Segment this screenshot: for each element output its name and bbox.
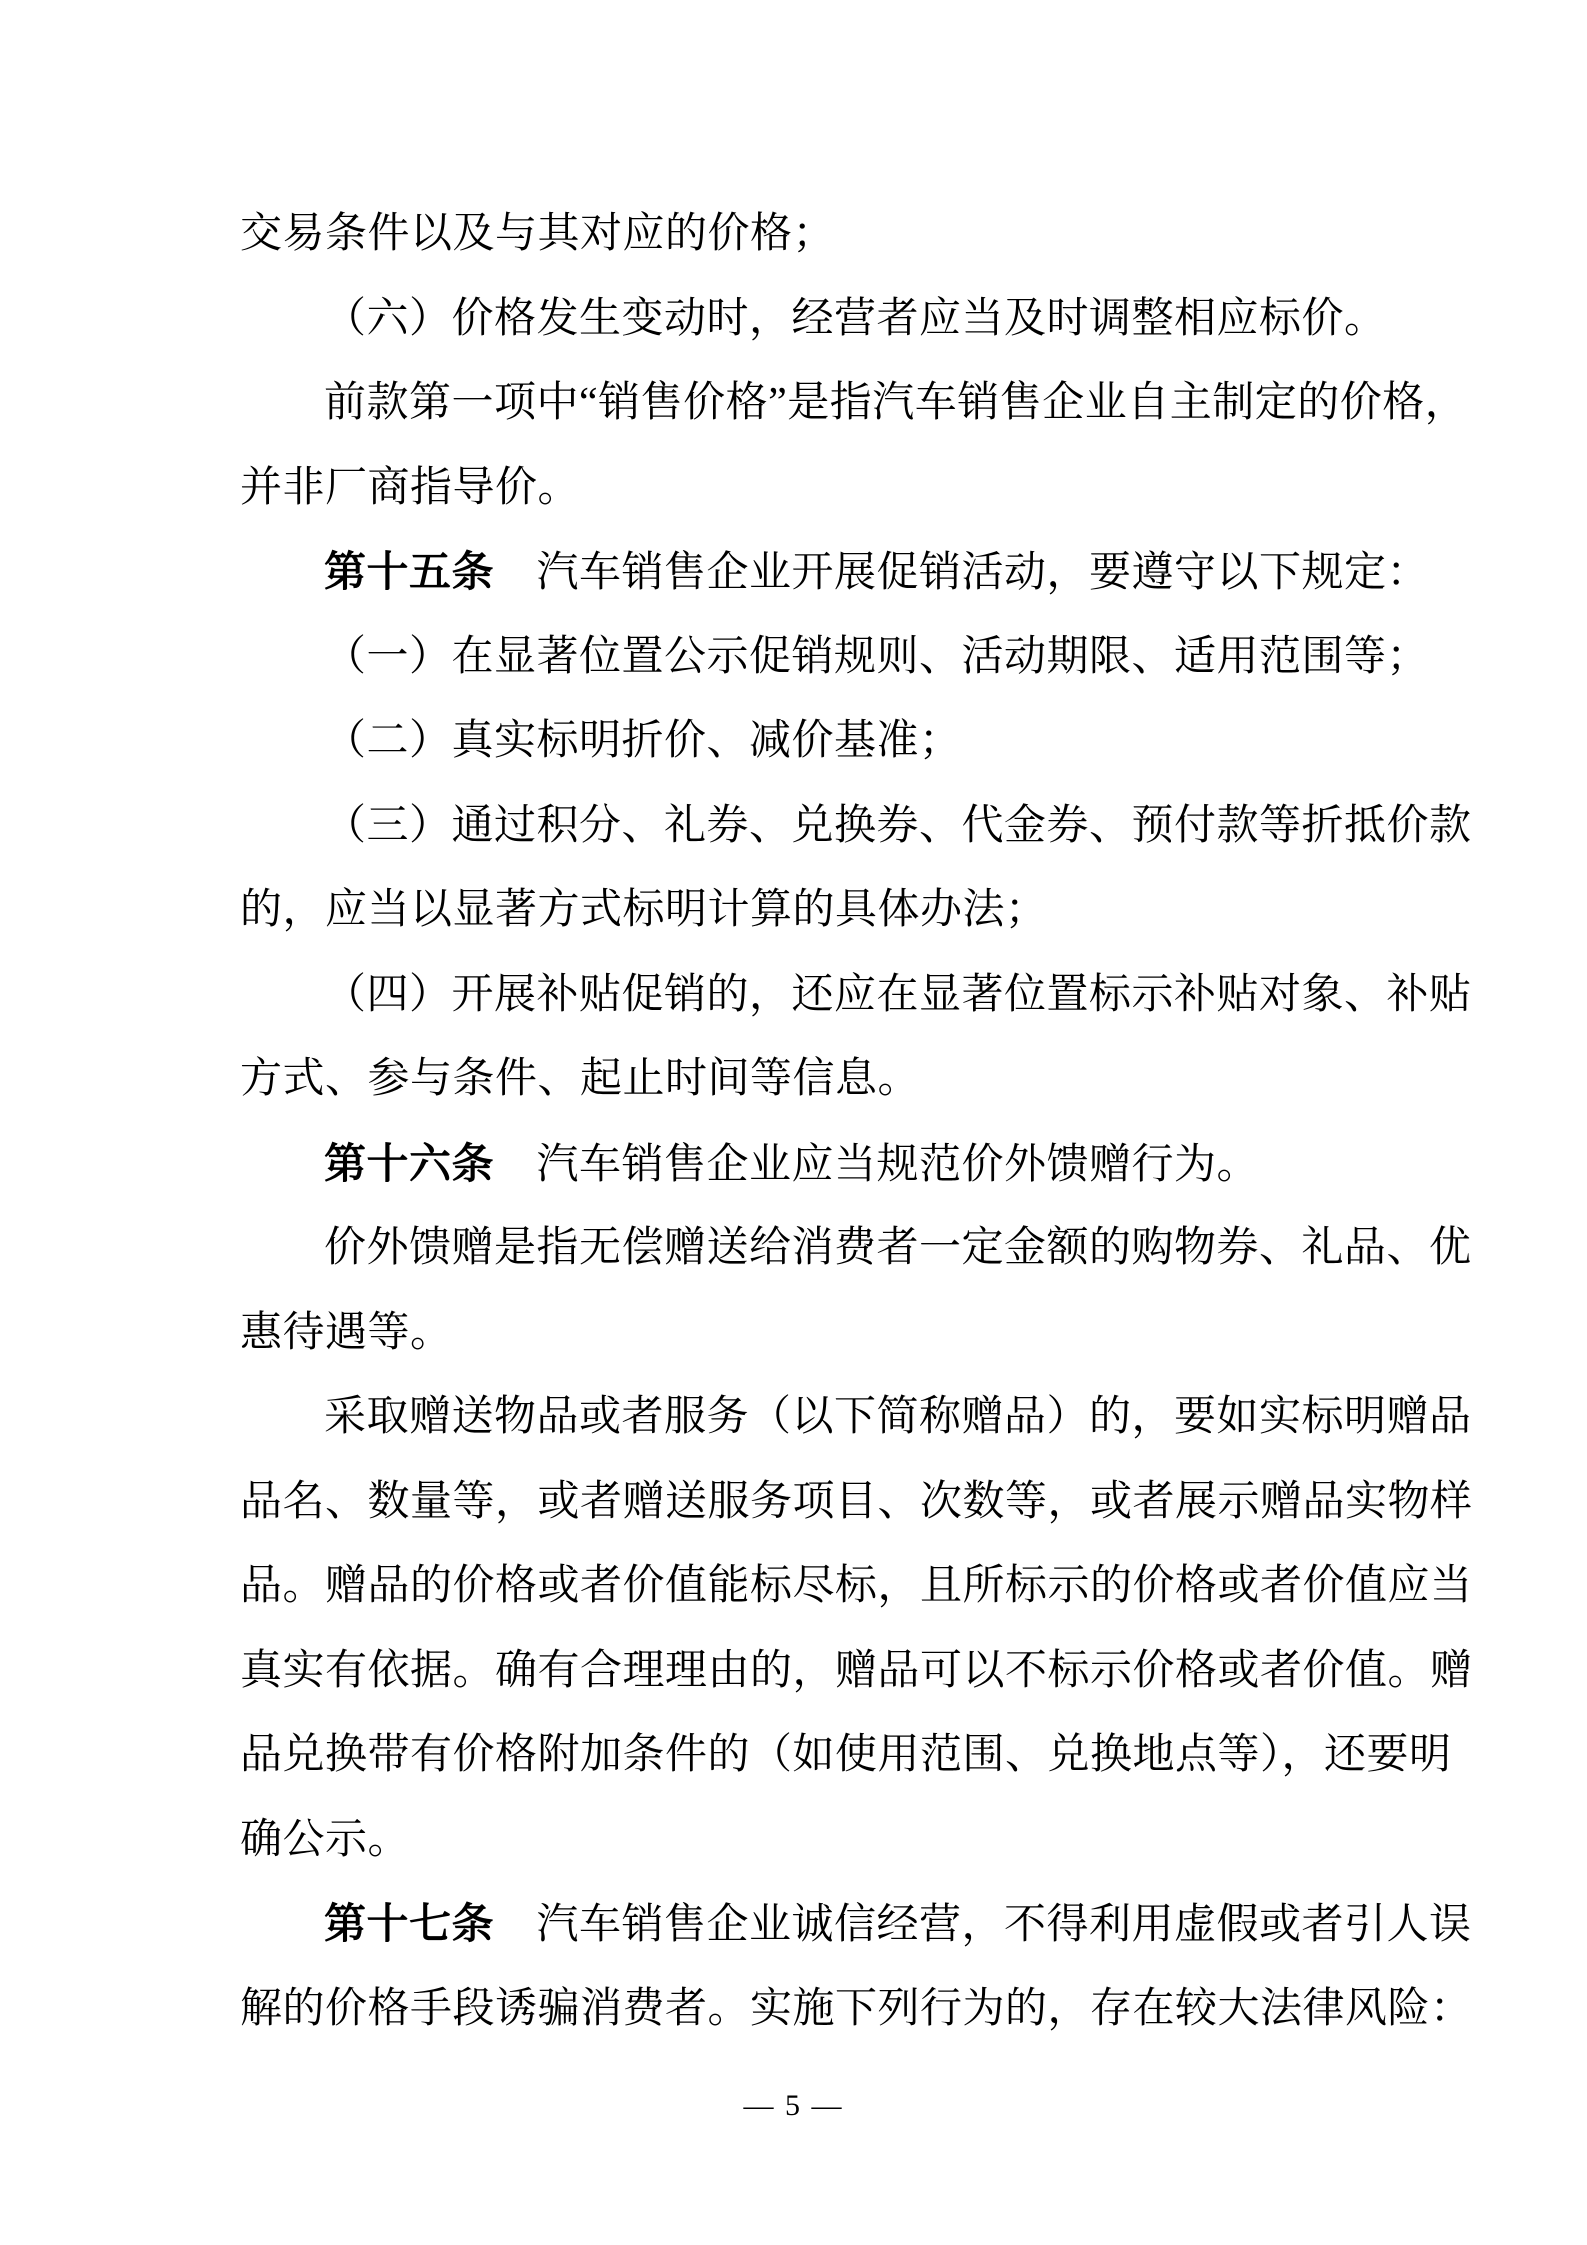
text-line: 第十五条 汽车销售企业开展促销活动，要遵守以下规定： <box>240 530 1360 615</box>
text-segment: （三）通过积分、礼券、兑换券、代金券、预付款等折抵价款 <box>324 803 1472 849</box>
text-segment: 真实有依据。确有合理理由的，赠品可以不标示价格或者价值。赠 <box>240 1648 1473 1694</box>
text-line: （四）开展补贴促销的，还应在显著位置标示补贴对象、补贴 <box>240 953 1360 1038</box>
text-segment: 惠待遇等。 <box>240 1310 453 1356</box>
article-number: 第十六条 <box>324 1140 494 1187</box>
text-segment: 价外馈赠是指无偿赠送给消费者一定金额的购物券、礼品、优 <box>324 1225 1472 1271</box>
text-line: 交易条件以及与其对应的价格； <box>240 192 1360 277</box>
text-line: 真实有依据。确有合理理由的，赠品可以不标示价格或者价值。赠 <box>240 1629 1360 1714</box>
text-line: 惠待遇等。 <box>240 1291 1360 1376</box>
text-line: 第十七条 汽车销售企业诚信经营，不得利用虚假或者引人误 <box>240 1882 1360 1967</box>
text-line: 采取赠送物品或者服务（以下简称赠品）的，要如实标明赠品 <box>240 1375 1360 1460</box>
text-line: 品。赠品的价格或者价值能标尽标，且所标示的价格或者价值应当 <box>240 1544 1360 1629</box>
text-line: 品兑换带有价格附加条件的（如使用范围、兑换地点等），还要明 <box>240 1713 1360 1798</box>
text-line: 品名、数量等，或者赠送服务项目、次数等，或者展示赠品实物样 <box>240 1460 1360 1545</box>
text-segment: 并非厂商指导价。 <box>240 465 580 511</box>
text-line: 价外馈赠是指无偿赠送给消费者一定金额的购物券、礼品、优 <box>240 1206 1360 1291</box>
text-line: （一）在显著位置公示促销规则、活动期限、适用范围等； <box>240 615 1360 700</box>
document-body: 交易条件以及与其对应的价格；（六）价格发生变动时，经营者应当及时调整相应标价。前… <box>240 192 1360 2051</box>
text-segment: 交易条件以及与其对应的价格； <box>240 211 835 257</box>
text-segment: （一）在显著位置公示促销规则、活动期限、适用范围等； <box>324 634 1429 680</box>
text-line: 前款第一项中“销售价格”是指汽车销售企业自主制定的价格， <box>240 361 1360 446</box>
text-segment: （六）价格发生变动时，经营者应当及时调整相应标价。 <box>324 296 1387 342</box>
article-number: 第十七条 <box>324 1900 494 1947</box>
text-line: 方式、参与条件、起止时间等信息。 <box>240 1037 1360 1122</box>
text-segment: 前款第一项中“销售价格”是指汽车销售企业自主制定的价格， <box>324 380 1467 426</box>
page-number: — 5 — <box>0 2083 1587 2128</box>
text-line: 确公示。 <box>240 1798 1360 1883</box>
text-segment: 解的价格手段诱骗消费者。实施下列行为的，存在较大法律风险： <box>240 1986 1473 2032</box>
text-line: （六）价格发生变动时，经营者应当及时调整相应标价。 <box>240 277 1360 362</box>
document-page: 交易条件以及与其对应的价格；（六）价格发生变动时，经营者应当及时调整相应标价。前… <box>0 0 1587 2245</box>
text-line: 的，应当以显著方式标明计算的具体办法； <box>240 868 1360 953</box>
text-segment: 采取赠送物品或者服务（以下简称赠品）的，要如实标明赠品 <box>324 1394 1472 1440</box>
text-segment: 汽车销售企业诚信经营，不得利用虚假或者引人误 <box>494 1902 1472 1948</box>
text-segment: 汽车销售企业开展促销活动，要遵守以下规定： <box>494 550 1429 596</box>
text-segment: 汽车销售企业应当规范价外馈赠行为。 <box>494 1142 1259 1188</box>
article-number: 第十五条 <box>324 548 494 595</box>
text-line: 解的价格手段诱骗消费者。实施下列行为的，存在较大法律风险： <box>240 1967 1360 2052</box>
text-segment: 方式、参与条件、起止时间等信息。 <box>240 1056 920 1102</box>
text-line: （二）真实标明折价、减价基准； <box>240 699 1360 784</box>
text-line: 第十六条 汽车销售企业应当规范价外馈赠行为。 <box>240 1122 1360 1207</box>
text-segment: （二）真实标明折价、减价基准； <box>324 718 962 764</box>
text-segment: 的，应当以显著方式标明计算的具体办法； <box>240 887 1048 933</box>
text-segment: 品名、数量等，或者赠送服务项目、次数等，或者展示赠品实物样 <box>240 1479 1473 1525</box>
text-segment: 品。赠品的价格或者价值能标尽标，且所标示的价格或者价值应当 <box>240 1563 1473 1609</box>
text-line: （三）通过积分、礼券、兑换券、代金券、预付款等折抵价款 <box>240 784 1360 869</box>
text-segment: 品兑换带有价格附加条件的（如使用范围、兑换地点等），还要明 <box>240 1732 1452 1778</box>
text-segment: 确公示。 <box>240 1817 410 1863</box>
text-line: 并非厂商指导价。 <box>240 446 1360 531</box>
text-segment: （四）开展补贴促销的，还应在显著位置标示补贴对象、补贴 <box>324 972 1472 1018</box>
